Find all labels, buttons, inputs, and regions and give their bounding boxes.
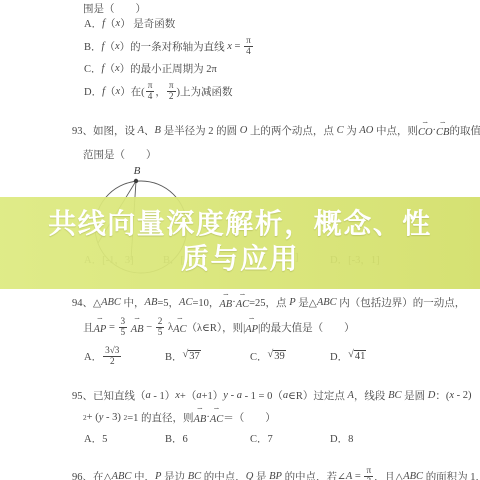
promo-banner: 共线向量深度解析，概念、性 质与应用 (0, 197, 480, 289)
question-95-options-row: A．5 B．6 C．7 D．8 (0, 431, 480, 445)
question-92-option-b: B．f（x）的一条对称轴为直线 x = π4 (84, 36, 254, 56)
question-92-wrap-line: 围是（ ） (83, 1, 146, 16)
exam-page: 围是（ ） A．f（x） 是奇函数 B．f（x）的一条对称轴为直线 x = π4… (0, 0, 480, 480)
question-94-line-2: 且AP = 35 AB − 25 λAC（λ∈R），则|AP|的最大值是（ ） (83, 315, 355, 339)
question-92-option-a: A．f（x） 是奇函数 (84, 16, 175, 31)
question-92-option-d: D．f（x）在(π4，π2)上为减函数 (84, 81, 233, 101)
question-92-option-c: C．f（x）的最小正周期为 2π (84, 61, 217, 76)
promo-banner-line-2: 质与应用 (181, 241, 299, 276)
point-b-dot (134, 179, 138, 183)
promo-banner-line-1: 共线向量深度解析，概念、性 (48, 206, 432, 241)
question-95-option-a: A．5 (84, 431, 107, 446)
question-96-line-1: 96、在△ABC 中，P 是边 BC 的中点，Q 是 BP 的中点，若∠A = … (72, 465, 480, 480)
question-95-option-b: B．6 (165, 431, 188, 446)
question-94-option-c: C．√39 (250, 344, 286, 368)
question-94-option-d: D．√41 (330, 344, 366, 368)
question-93-line-1: 93、如图，设 A、B 是半径为 2 的圆 O 上的两个动点，点 C 为 AO … (72, 123, 480, 138)
question-95-line-2: 2+ (y - 3) 2=1 的直径，则AB·AC＝（ ） (83, 408, 276, 426)
question-95-option-c: C．7 (250, 431, 273, 446)
question-94-option-b: B．√37 (165, 344, 201, 368)
point-b-label: B (134, 165, 141, 177)
question-94-option-a: A．3√32 (84, 344, 122, 368)
question-94-options-row: A．3√32 B．√37 C．√39 D．√41 (0, 344, 480, 368)
question-94-line-1: 94、△ABC 中，AB=5，AC=10，AB·AC=25，点 P 是△ABC … (72, 295, 465, 310)
question-95-line-1: 95、已知直线（a - 1）x+（a+1）y - a - 1 = 0（a∈R）过… (72, 388, 472, 403)
question-95-option-d: D．8 (330, 431, 353, 446)
